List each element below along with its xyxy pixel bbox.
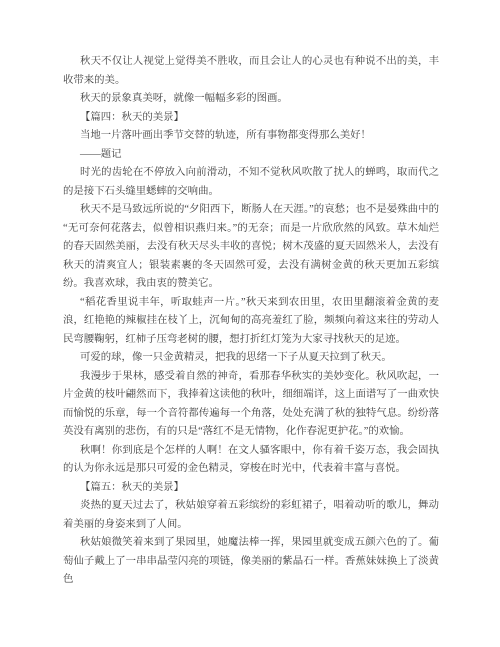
paragraph: 时光的齿轮在不停放入向前滑动，不知不觉秋风吹散了扰人的蝉鸣，取而代之的是接下石头…: [63, 164, 439, 201]
paragraph: “稻花香里说丰年，听取蛙声一片。”秋天来到农田里，农田里翻滚着金黄的麦浪，红艳艳…: [63, 294, 439, 350]
document-page: 秋天不仅让人视觉上觉得美不胜收，而且会让人的心灵也有种说不出的美，丰收带来的美。…: [0, 0, 500, 647]
paragraph: 秋天的景象真美呀，就像一幅幅多彩的图画。: [63, 90, 439, 109]
paragraph: 秋天不仅让人视觉上觉得美不胜收，而且会让人的心灵也有种说不出的美，丰收带来的美。: [63, 53, 439, 90]
paragraph: 可爱的球，像一只金黄精灵，把我的思绪一下子从夏天拉到了秋天。: [63, 349, 439, 368]
section-heading-five: 【篇五：秋天的美景】: [63, 479, 439, 498]
paragraph: 秋啊！你到底是个怎样的人啊！在文人骚客眼中，你有着千姿万态，我会固执的认为你永远…: [63, 442, 439, 479]
paragraph: 秋姑娘微笑着来到了果园里，她魔法棒一挥，果园里就变成五颜六色的了。葡萄仙子戴上了…: [63, 534, 439, 590]
paragraph: 我漫步于果林，感受着自然的神奇，看那春华秋实的美妙变化。秋风吹起，一片金黄的枝叶…: [63, 368, 439, 442]
paragraph: 秋天不是马致远所说的“夕阳西下，断肠人在天涯。”的哀愁；也不是晏殊曲中的“无可奈…: [63, 201, 439, 294]
epigraph-label: ——题记: [63, 146, 439, 165]
paragraph: 炎热的夏天过去了，秋姑娘穿着五彩缤纷的彩虹裙子，唱着动听的歌儿，舞动着美丽的身姿…: [63, 497, 439, 534]
document-text-block: 秋天不仅让人视觉上觉得美不胜收，而且会让人的心灵也有种说不出的美，丰收带来的美。…: [63, 53, 439, 590]
section-heading-four: 【篇四：秋天的美景】: [63, 109, 439, 128]
paragraph: 当地一片落叶画出季节交替的轨迹，所有事物都变得那么美好！: [63, 127, 439, 146]
